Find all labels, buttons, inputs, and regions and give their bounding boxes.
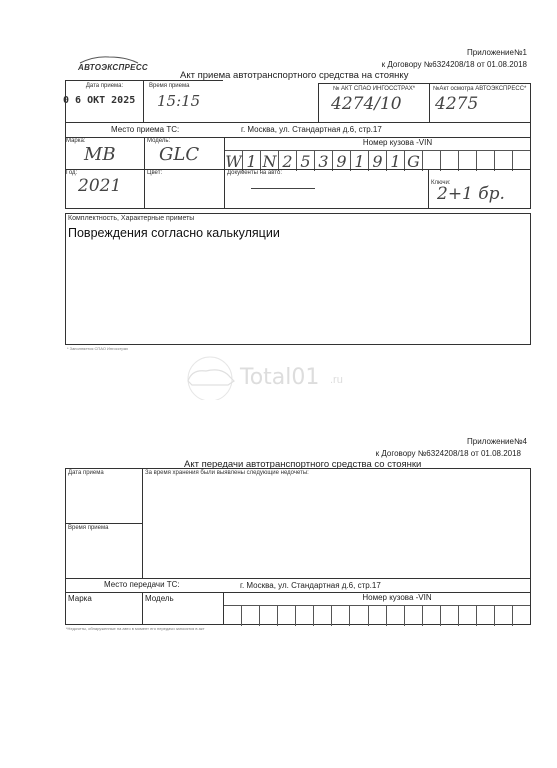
- act1-footnote: * Заполняется СПАО Ингосстрах: [67, 346, 128, 351]
- act2-date-cell: Дата приема: [65, 468, 143, 524]
- features-label: Комплектность, Характерные приметы: [68, 215, 530, 222]
- act2-make-label: Марка: [68, 594, 142, 603]
- vin-char-cell: [513, 151, 530, 171]
- ingos-label: № АКТ СПАО ИНГОССТРАХ*: [319, 86, 429, 92]
- act2-place-row: Место передачи ТС: г. Москва, ул. Станда…: [65, 578, 531, 593]
- vin-char-cell: [332, 606, 350, 626]
- vin-char-cell: [387, 606, 405, 626]
- vin-char-cell: G: [405, 151, 423, 171]
- act1-keys-cell: Ключи: 2+1 бр.: [428, 169, 531, 209]
- defects-label: За время хранения были выявлены следующи…: [145, 470, 530, 476]
- act2-vin-label: Номер кузова -VIN: [224, 593, 530, 606]
- act2-time-cell: Время приема: [65, 523, 143, 579]
- vin-char-cell: [459, 606, 477, 626]
- vin-char-cell: 9: [333, 151, 351, 171]
- act1-place-row: Место приема ТС: г. Москва, ул. Стандарт…: [65, 122, 531, 138]
- vin-char-cell: [441, 151, 459, 171]
- act1-features-box: Комплектность, Характерные приметы Повре…: [65, 213, 531, 345]
- vin-char-cell: [296, 606, 314, 626]
- docs-dash: [251, 188, 315, 189]
- act2-place-label: Место передачи ТС:: [104, 580, 180, 589]
- year-value: 2021: [78, 176, 144, 196]
- act1-avtoexpress-cell: №Акт осмотра АВТОЭКСПРЕСС* 4275: [429, 83, 531, 123]
- act1-color-cell: Цвет:: [144, 169, 225, 209]
- color-label: Цвет:: [147, 170, 224, 176]
- vin-char-cell: [495, 606, 513, 626]
- place-value: г. Москва, ул. Стандартная д.6, стр.17: [241, 125, 382, 134]
- vin-char-cell: 1: [243, 151, 261, 171]
- vin-char-cell: [513, 606, 530, 626]
- vin-char-cell: 5: [297, 151, 315, 171]
- vin-char-cell: [423, 151, 441, 171]
- vin-char-cell: 2: [279, 151, 297, 171]
- avtoexpress-value: 4275: [435, 94, 530, 114]
- vin-char-cell: [314, 606, 332, 626]
- ingos-value: 4274/10: [331, 94, 429, 114]
- model-value: GLC: [159, 144, 224, 165]
- act1-docs-cell: Документы на авто:: [224, 169, 429, 209]
- vin-char-cell: [242, 606, 260, 626]
- vin-char-cell: [477, 151, 495, 171]
- vin-char-cell: [350, 606, 368, 626]
- act2-make-cell: Марка: [65, 592, 143, 625]
- vin-char-cell: [405, 606, 423, 626]
- avtoexpress-label: №Акт осмотра АВТОЭКСПРЕСС*: [433, 86, 530, 92]
- vin-char-cell: [477, 606, 495, 626]
- watermark-suffix: .ru: [330, 374, 343, 386]
- avtoexpress-logo: АВТОЭКСПРЕСС: [76, 56, 142, 74]
- date-stamp: 0 6 ОКТ 2025: [63, 95, 143, 106]
- act2-vin-block: Номер кузова -VIN: [223, 592, 531, 625]
- time-label: Время приема: [149, 83, 223, 89]
- time-value: 15:15: [157, 92, 223, 110]
- vin-char-cell: N: [261, 151, 279, 171]
- act1-model-cell: Модель: GLC: [144, 137, 225, 170]
- vin-char-cell: [369, 606, 387, 626]
- vin-char-cell: W: [225, 151, 243, 171]
- total01-watermark: Total01 .ru: [182, 355, 382, 400]
- vin-cells: W1N2539191G: [225, 151, 530, 171]
- act2-date-label: Дата приема: [68, 470, 142, 476]
- date-label: Дата приема:: [66, 83, 143, 89]
- act2-contract: к Договору №6324208/18 от 01.08.2018: [376, 449, 521, 458]
- act2-appendix: Приложение№4: [467, 437, 527, 446]
- act2-footnote: *Недочеты, обнаруженные на авто в момент…: [66, 626, 205, 631]
- act1-time-cell: Время приема 15:15: [143, 80, 223, 123]
- act2-time-label: Время приема: [68, 525, 142, 531]
- act1-year-cell: Год: 2021: [65, 169, 145, 209]
- act1-vin-block: Номер кузова -VIN W1N2539191G: [224, 137, 531, 170]
- act2-defects-box: За время хранения были выявлены следующи…: [142, 468, 531, 579]
- act1-appendix: Приложение№1: [467, 48, 527, 57]
- vin-char-cell: 1: [351, 151, 369, 171]
- vin-char-cell: [441, 606, 459, 626]
- vin-char-cell: [495, 151, 513, 171]
- act1-date-cell: Дата приема: 0 6 ОКТ 2025: [65, 80, 144, 123]
- act2-vin-cells: [224, 606, 530, 626]
- act1-contract: к Договору №6324208/18 от 01.08.2018: [382, 60, 527, 69]
- vin-label: Номер кузова -VIN: [225, 138, 530, 151]
- vin-char-cell: 1: [387, 151, 405, 171]
- car-logo-icon: [182, 355, 240, 400]
- act2-model-cell: Модель: [142, 592, 224, 625]
- vin-char-cell: [423, 606, 441, 626]
- act2-model-label: Модель: [145, 594, 223, 603]
- make-value: MB: [84, 144, 144, 165]
- act1-ingos-cell: № АКТ СПАО ИНГОССТРАХ* 4274/10: [318, 83, 430, 123]
- vin-char-cell: [260, 606, 278, 626]
- logo-text: АВТОЭКСПРЕСС: [78, 63, 148, 72]
- watermark-text: Total01: [240, 365, 319, 390]
- place-label: Место приема ТС:: [111, 125, 179, 134]
- vin-char-cell: 3: [315, 151, 333, 171]
- features-value: Повреждения согласно калькуляции: [68, 226, 530, 240]
- keys-value: 2+1 бр.: [437, 184, 530, 204]
- vin-char-cell: [278, 606, 296, 626]
- act1-make-cell: Марка: MB: [65, 137, 145, 170]
- vin-char-cell: [459, 151, 477, 171]
- act2-place-value: г. Москва, ул. Стандартная д.6, стр.17: [240, 581, 381, 590]
- vin-char-cell: 9: [369, 151, 387, 171]
- docs-label: Документы на авто:: [227, 170, 428, 176]
- vin-char-cell: [224, 606, 242, 626]
